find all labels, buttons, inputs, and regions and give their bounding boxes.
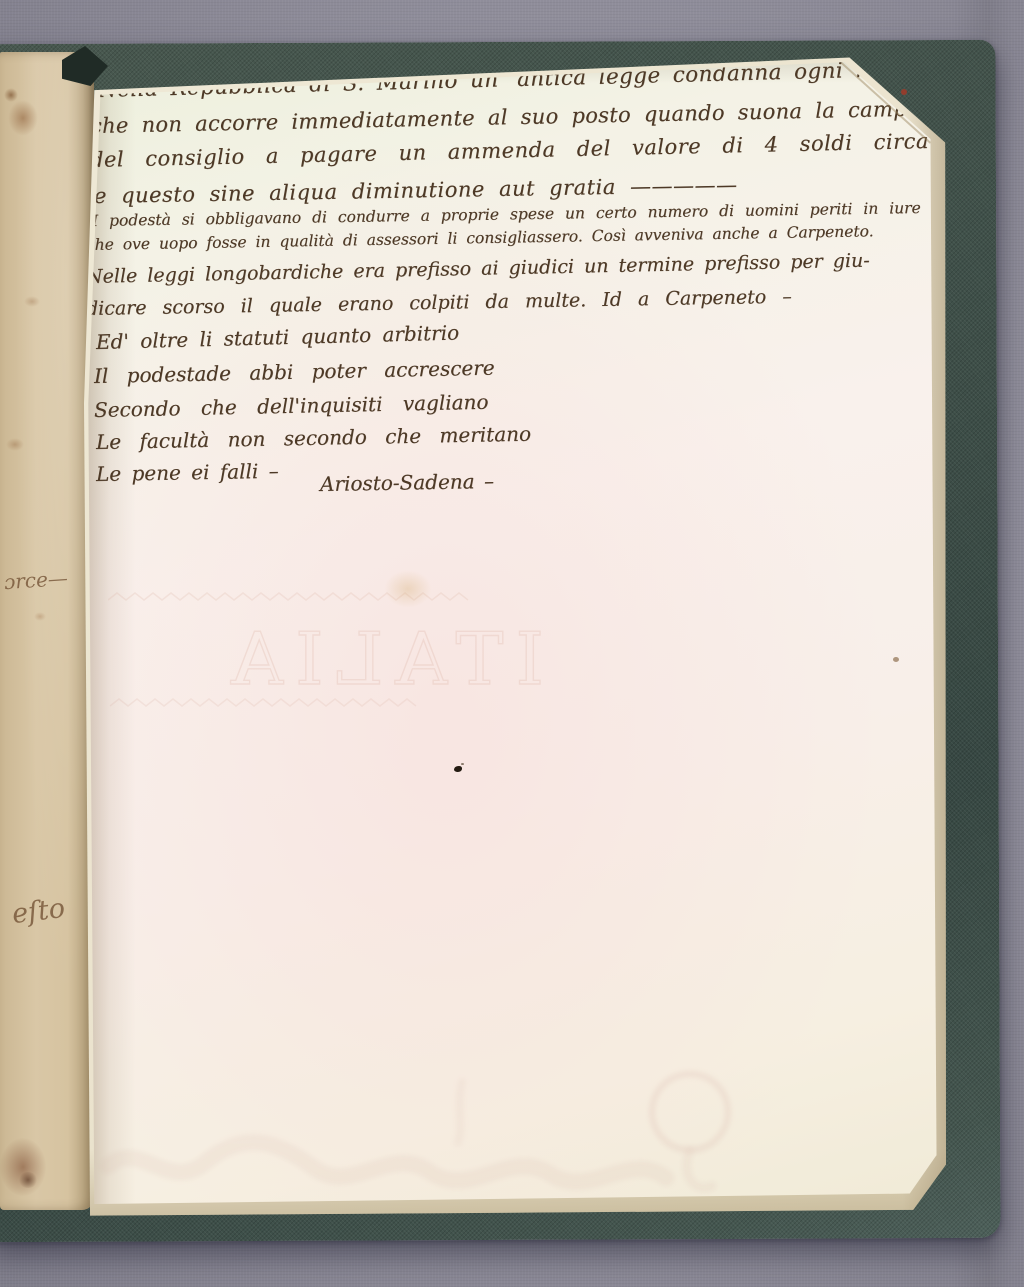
manuscript-line: Ed' oltre li statuti quanto arbitrio: [96, 320, 460, 353]
ink-speck: [454, 766, 462, 772]
parchment-text-fragment: ɔrce—: [3, 566, 68, 594]
manuscript-signature: Ariosto-Sadena –: [320, 469, 494, 496]
paper-watermark: ITALIA: [108, 588, 798, 716]
manuscript-photo: ɔrce— eſto Nella Repubblica di S. Marino…: [0, 0, 1024, 1287]
manuscript-line: dicare scorso il quale erano colpiti da …: [86, 286, 792, 320]
manuscript-line: Le pene ei falli –: [96, 459, 279, 486]
edge-speck: [893, 657, 899, 662]
manuscript-line: Nelle leggi longobardiche era prefisso a…: [86, 250, 870, 288]
parchment-text-fragment: eſto: [10, 893, 66, 930]
parchment-stain: [6, 438, 24, 451]
parchment-stain: [18, 1172, 38, 1188]
manuscript-line: Il podestade abbi poter accrescere: [94, 356, 495, 388]
manuscript-line: del consiglio a pagare un ammenda del va…: [90, 129, 929, 172]
parchment-leaf-edge: ɔrce— eſto: [0, 52, 94, 1210]
manuscript-line: Le facultà non secondo che meritano: [96, 422, 531, 454]
parchment-stain: [34, 612, 46, 621]
parchment-stain: [8, 100, 38, 136]
parchment-stain: [24, 296, 40, 307]
red-speck: [901, 89, 907, 95]
manuscript-page: Nella Repubblica di S. Marino un' antica…: [84, 54, 946, 1218]
manuscript-line: Secondo che dell'inquisiti vagliano: [94, 390, 489, 422]
parchment-stain: [4, 88, 18, 102]
watermark-text: ITALIA: [219, 617, 544, 701]
page-stain: [384, 570, 432, 608]
